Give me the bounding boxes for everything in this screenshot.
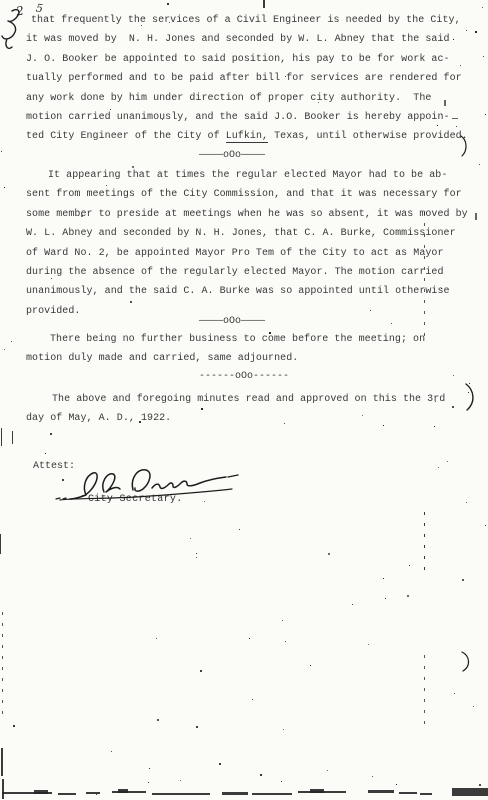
document-line: unanimously, and the said C. A. Burke wa… — [26, 282, 470, 301]
section-divider: ------oOo------ — [199, 370, 309, 384]
attest-label: Attest: — [33, 461, 75, 472]
document-line: ted City Engineer of the City of Lufkin,… — [26, 127, 470, 146]
paragraph: The above and foregoing minutes read and… — [26, 390, 470, 429]
section-divider: ————oOo———— — [199, 315, 309, 329]
paragraph: There being no further business to come … — [26, 330, 470, 369]
document-line: any work done by him under direction of … — [26, 89, 470, 108]
underlined-word: Lufkin, — [226, 131, 268, 143]
section-divider: ————oOo———— — [199, 149, 309, 163]
document-line: day of May, A. D., 1922. — [26, 409, 470, 428]
document-text: that frequently the services of a Civil … — [0, 0, 488, 800]
paragraph: It appearing that at times the regular e… — [26, 166, 470, 321]
document-line: The above and foregoing minutes read and… — [26, 390, 470, 409]
document-line: motion carried unanimously, and the said… — [26, 108, 470, 127]
document-line: that frequently the services of a Civil … — [26, 11, 470, 30]
document-line: motion duly made and carried, same adjou… — [26, 349, 470, 368]
document-line: sent from meetings of the City Commissio… — [26, 185, 470, 204]
document-line: W. L. Abney and seconded by N. H. Jones,… — [26, 224, 470, 243]
document-line: tually performed and to be paid after bi… — [26, 69, 470, 88]
document-line: J. O. Booker be appointed to said positi… — [26, 50, 470, 69]
document-line: during the absence of the regularly elec… — [26, 263, 470, 282]
document-line: it was moved by N. H. Jones and seconded… — [26, 30, 470, 49]
scanned-minutes-page: that frequently the services of a Civil … — [0, 0, 488, 800]
document-line: It appearing that at times the regular e… — [26, 166, 470, 185]
paragraph: that frequently the services of a Civil … — [26, 11, 470, 147]
document-line: some member to preside at meetings when … — [26, 205, 470, 224]
document-line: There being no further business to come … — [26, 330, 470, 349]
document-line: of Ward No. 2, be appointed Mayor Pro Te… — [26, 244, 470, 263]
city-secretary-title: City Secretary. — [88, 494, 183, 505]
